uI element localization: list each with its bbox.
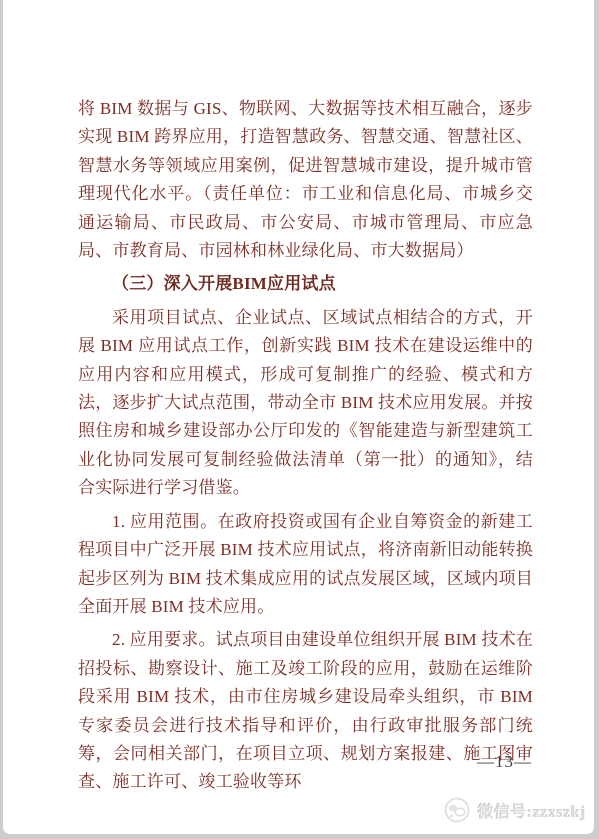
paragraph-application-requirements: 2. 应用要求。试点项目由建设单位组织开展 BIM 技术在招投标、勘察设计、施工… — [78, 626, 533, 796]
section-heading: （三）深入开展BIM应用试点 — [78, 270, 533, 298]
paragraph-pilot-approach: 采用项目试点、企业试点、区域试点相结合的方式，开展 BIM 应用试点工作，创新实… — [78, 304, 533, 503]
document-body: 将 BIM 数据与 GIS、物联网、大数据等技术相互融合，逐步实现 BIM 跨界… — [78, 95, 533, 797]
page-number: —13— — [477, 752, 532, 772]
paragraph-bim-data-fusion: 将 BIM 数据与 GIS、物联网、大数据等技术相互融合，逐步实现 BIM 跨界… — [78, 95, 533, 265]
wechat-logo-icon — [444, 797, 470, 823]
watermark-label: 微信号:zzxszkj — [477, 799, 586, 822]
watermark: 微信号:zzxszkj — [444, 797, 586, 823]
paragraph-application-scope: 1. 应用范围。在政府投资或国有企业自筹资金的新建工程项目中广泛开展 BIM 技… — [78, 508, 533, 622]
document-page: 将 BIM 数据与 GIS、物联网、大数据等技术相互融合，逐步实现 BIM 跨界… — [3, 0, 594, 834]
